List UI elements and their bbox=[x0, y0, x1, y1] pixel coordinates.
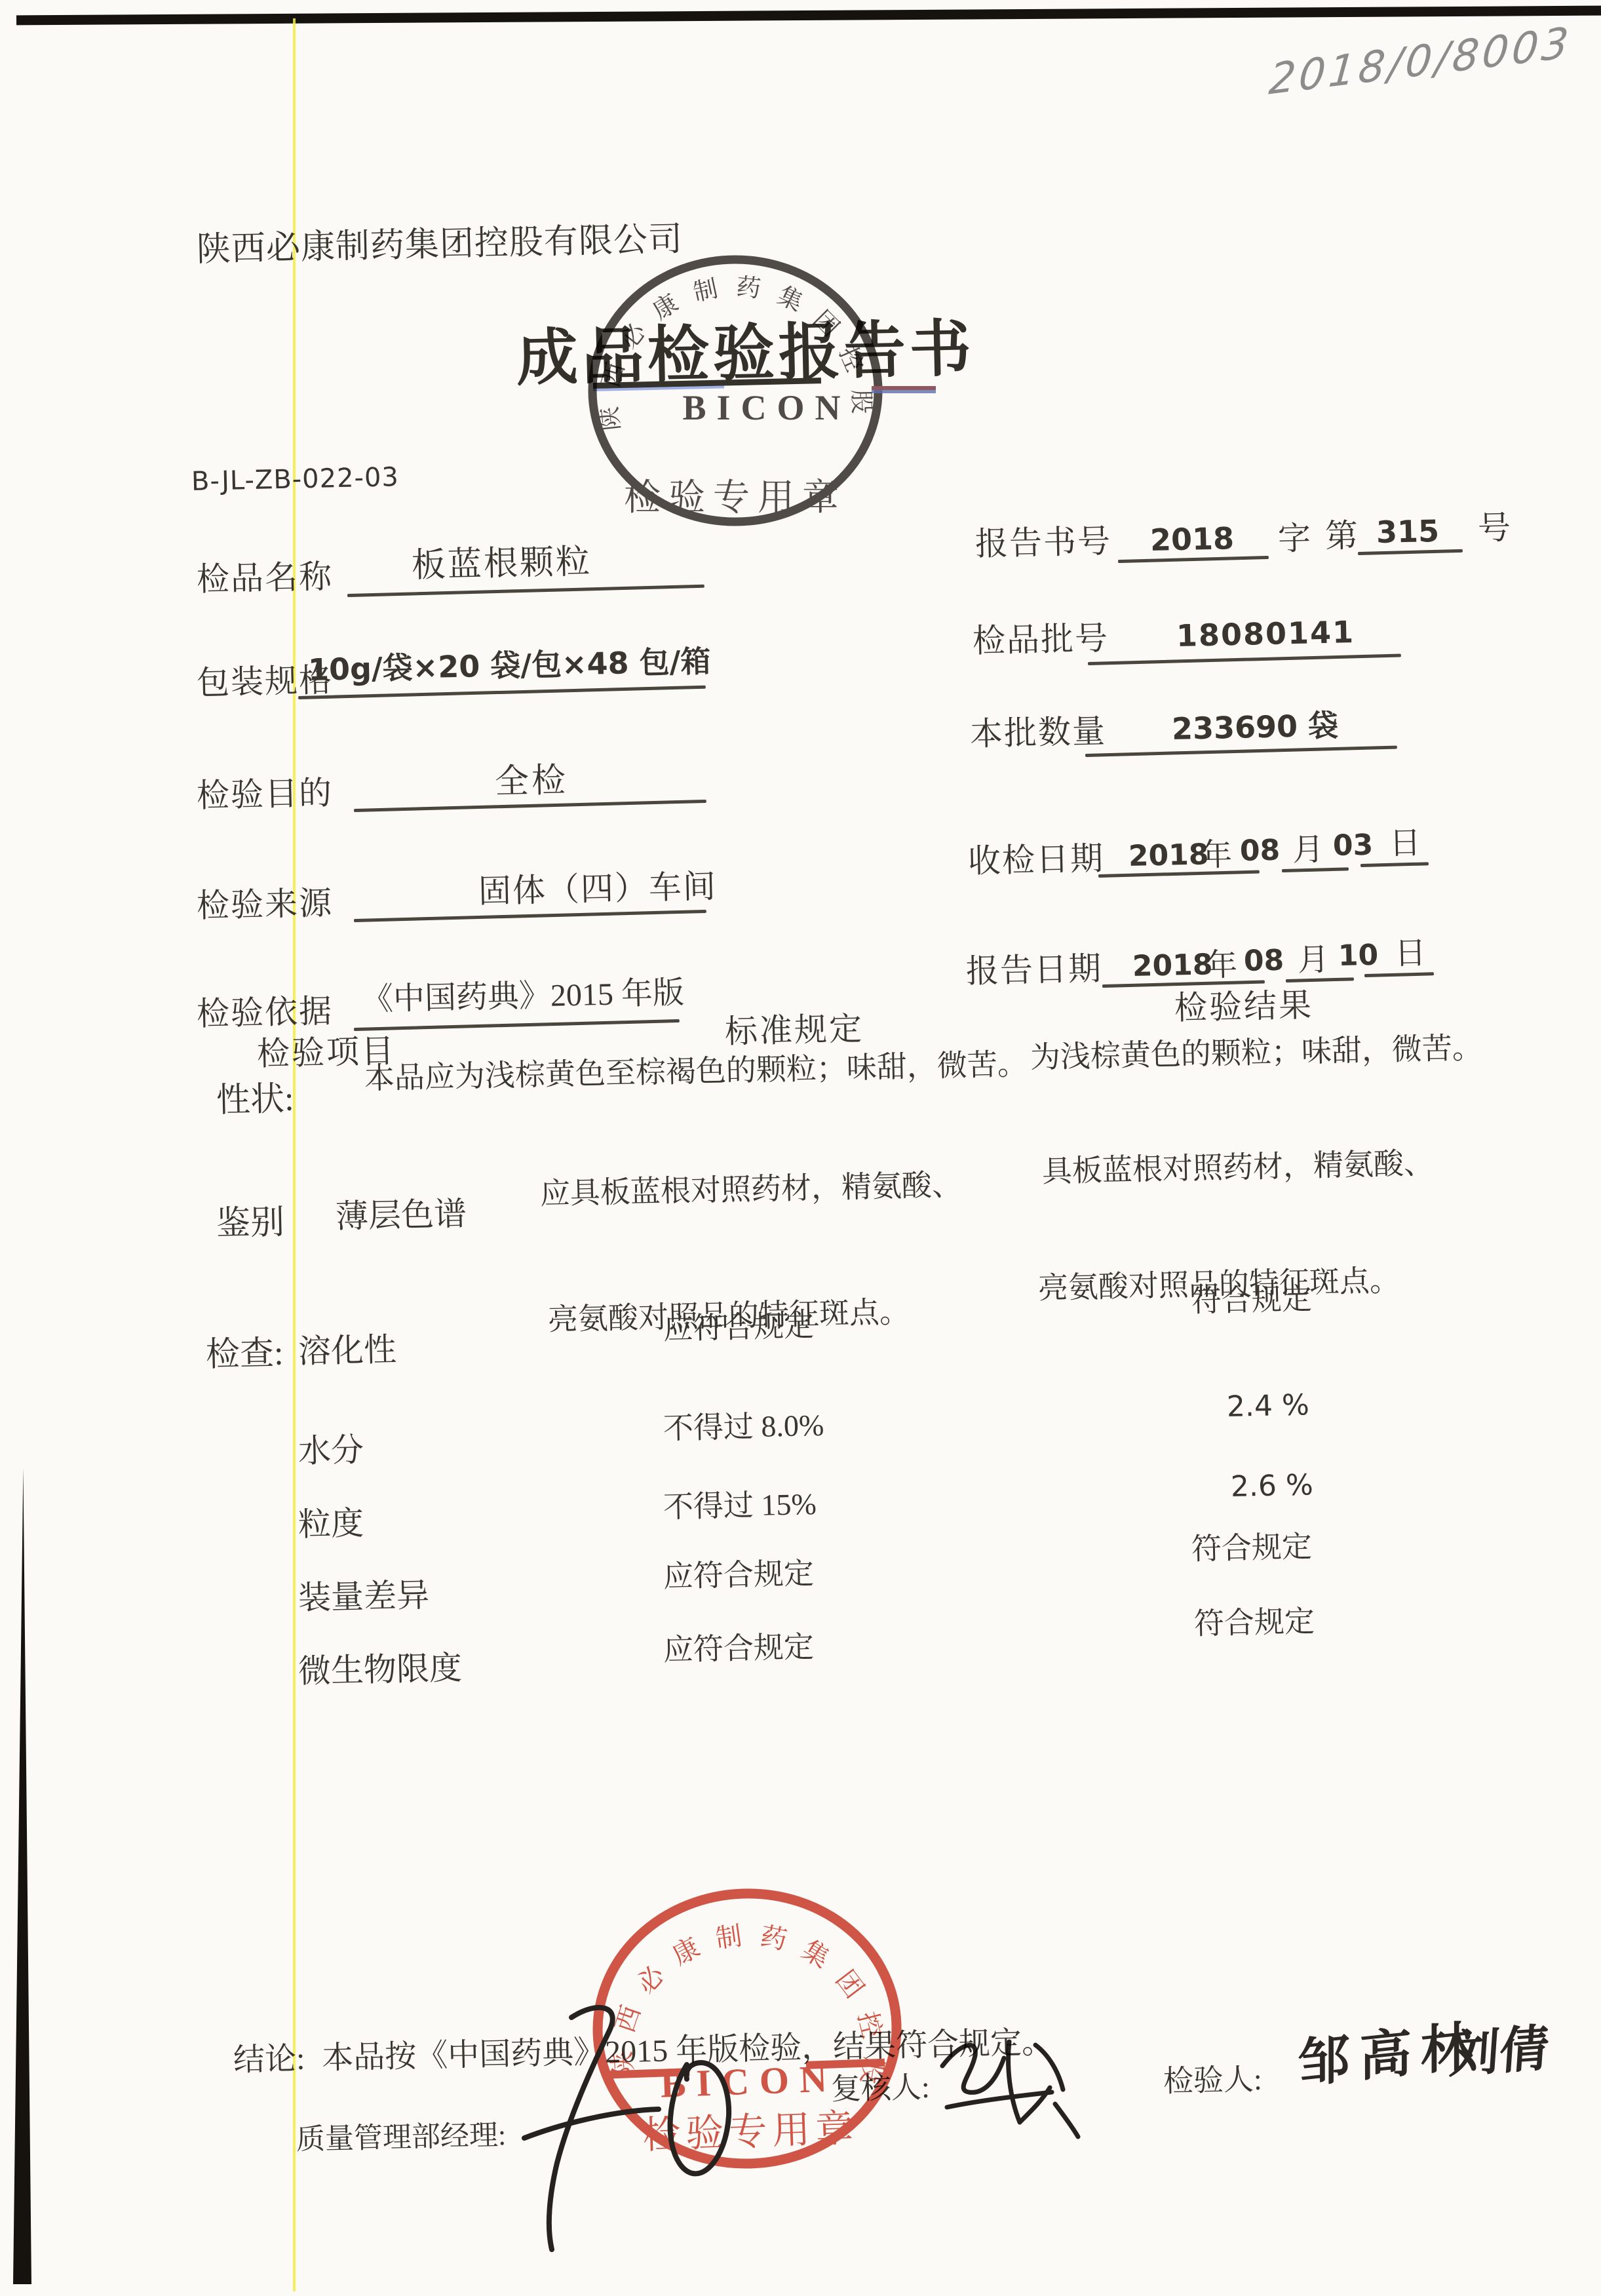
check-result: 符合规定 bbox=[1193, 1605, 1315, 1642]
received-day: 03 bbox=[1332, 829, 1373, 863]
received-d: 日 bbox=[1389, 825, 1421, 862]
check-item: 装量差异 bbox=[298, 1577, 429, 1618]
received-m: 月 bbox=[1292, 832, 1324, 868]
underline bbox=[1358, 549, 1463, 555]
field-value-test-source: 固体（四）车间 bbox=[478, 868, 717, 910]
check-item: 水分 bbox=[298, 1431, 364, 1471]
field-value-batch-no: 18080141 bbox=[1176, 615, 1355, 653]
scan-left-edge-shadow bbox=[13, 1468, 31, 2284]
received-year: 2018 bbox=[1128, 838, 1209, 873]
scan-top-edge-shadow bbox=[16, 6, 1601, 26]
report-no-zi: 字 bbox=[1277, 520, 1311, 558]
check-result: 符合规定 bbox=[1191, 1530, 1312, 1567]
check-result: 符合规定 bbox=[1191, 1282, 1312, 1319]
row-appearance-result: 为浅棕黄色的颗粒；味甜，微苦。 bbox=[1030, 1031, 1482, 1076]
report-d: 日 bbox=[1394, 935, 1426, 972]
row-appearance-label: 性状: bbox=[216, 1080, 294, 1120]
inspector-signature-label: 检验人: bbox=[1163, 2063, 1262, 2099]
report-no-hao: 号 bbox=[1477, 509, 1511, 548]
check-item: 溶化性 bbox=[298, 1331, 396, 1371]
underline bbox=[1286, 977, 1354, 983]
underline bbox=[1282, 867, 1349, 872]
field-value-quantity: 233690 袋 bbox=[1171, 708, 1338, 746]
highlighter-line bbox=[293, 18, 296, 2291]
row-check-section-label: 检查: bbox=[205, 1334, 284, 1374]
received-month: 08 bbox=[1239, 834, 1280, 868]
field-label-test-purpose: 检验目的 bbox=[196, 774, 333, 815]
underline bbox=[1364, 972, 1434, 977]
scanned-inspection-report: 2018/0/8003 陕西必康制药集团控股有限公司 成品检验报告书 B-JL-… bbox=[0, 0, 1601, 2296]
field-label-report-no: 报告书号 bbox=[974, 522, 1111, 563]
check-standard: 应符合规定 bbox=[663, 1557, 814, 1595]
black-stamp-right-bar-fringe bbox=[872, 390, 936, 393]
received-y: 年 bbox=[1200, 837, 1232, 874]
check-item: 粒度 bbox=[298, 1505, 364, 1544]
field-label-test-source: 检验来源 bbox=[196, 884, 333, 925]
row-identification-label: 鉴别 bbox=[216, 1203, 284, 1244]
field-value-sample-name: 板蓝根颗粒 bbox=[411, 543, 592, 586]
conclusion-line: 结论: 本品按《中国药典》2015 年版检验，结果符合规定。 bbox=[233, 2025, 1053, 2078]
field-label-received-date: 收检日期 bbox=[967, 840, 1104, 880]
check-result: 2.6 % bbox=[1230, 1469, 1313, 1504]
red-stamp-caption: 检验专用章 bbox=[642, 2107, 859, 2156]
field-label-sample-name: 检品名称 bbox=[196, 558, 333, 598]
check-result: 2.4 % bbox=[1226, 1389, 1309, 1424]
column-header-standard: 标准规定 bbox=[724, 1010, 864, 1051]
inspector-signature-2: 刘倩 bbox=[1448, 2020, 1551, 2085]
row-identification-standard-1: 应具板蓝根对照药材，精氨酸、 bbox=[539, 1168, 962, 1212]
check-standard: 应符合规定 bbox=[663, 1630, 814, 1668]
field-label-test-basis: 检验依据 bbox=[196, 992, 333, 1033]
report-month: 08 bbox=[1243, 944, 1284, 979]
report-y: 年 bbox=[1205, 947, 1237, 984]
row-appearance-standard: 本品应为浅棕黄色至棕褐色的颗粒；味甜，微苦。 bbox=[364, 1047, 1028, 1097]
underline bbox=[354, 800, 706, 812]
report-no-year: 2018 bbox=[1149, 521, 1234, 558]
field-label-batch-no: 检品批号 bbox=[972, 619, 1109, 660]
report-year: 2018 bbox=[1132, 948, 1213, 983]
conclusion-label: 结论: bbox=[233, 2042, 305, 2078]
row-identification-result-1: 具板蓝根对照药材，精氨酸、 bbox=[1041, 1146, 1434, 1190]
check-item: 微生物限度 bbox=[298, 1650, 462, 1691]
black-stamp-caption: 检验专用章 bbox=[624, 478, 847, 518]
check-standard: 不得过 15% bbox=[663, 1487, 817, 1525]
report-no-di: 第 bbox=[1324, 517, 1358, 556]
underline bbox=[1085, 746, 1397, 757]
reviewer-signature-label: 复核人: bbox=[830, 2071, 930, 2107]
underline bbox=[354, 1019, 680, 1031]
report-day: 10 bbox=[1338, 939, 1378, 973]
field-label-report-date: 报告日期 bbox=[965, 950, 1102, 990]
report-no-num: 315 bbox=[1376, 514, 1439, 550]
conclusion-text: 本品按《中国药典》2015 年版检验，结果符合规定。 bbox=[322, 2025, 1054, 2076]
report-m: 月 bbox=[1297, 942, 1329, 979]
check-standard: 应符合规定 bbox=[663, 1309, 814, 1347]
field-value-test-basis: 《中国药典》2015 年版 bbox=[361, 975, 684, 1018]
manager-signature-label: 质量管理部经理: bbox=[296, 2119, 506, 2157]
underline bbox=[1088, 653, 1401, 665]
handwritten-number: 2018/0/8003 bbox=[1267, 19, 1573, 106]
doc-code: B-JL-ZB-022-03 bbox=[191, 462, 399, 497]
field-value-test-purpose: 全检 bbox=[494, 762, 568, 802]
underline bbox=[347, 585, 704, 597]
underline bbox=[1118, 556, 1269, 563]
underline bbox=[1360, 862, 1429, 867]
underline bbox=[354, 910, 706, 922]
company-name: 陕西必康制药集团控股有限公司 bbox=[196, 220, 683, 270]
row-identification-method: 薄层色谱 bbox=[335, 1196, 467, 1236]
field-label-quantity: 本批数量 bbox=[969, 712, 1106, 753]
field-value-pack-spec: 10g/袋×20 袋/包×48 包/箱 bbox=[307, 644, 711, 688]
check-standard: 不得过 8.0% bbox=[663, 1409, 824, 1447]
column-header-result: 检验结果 bbox=[1174, 986, 1313, 1027]
underline bbox=[298, 686, 706, 699]
black-stamp-brand: BICON bbox=[682, 388, 851, 427]
